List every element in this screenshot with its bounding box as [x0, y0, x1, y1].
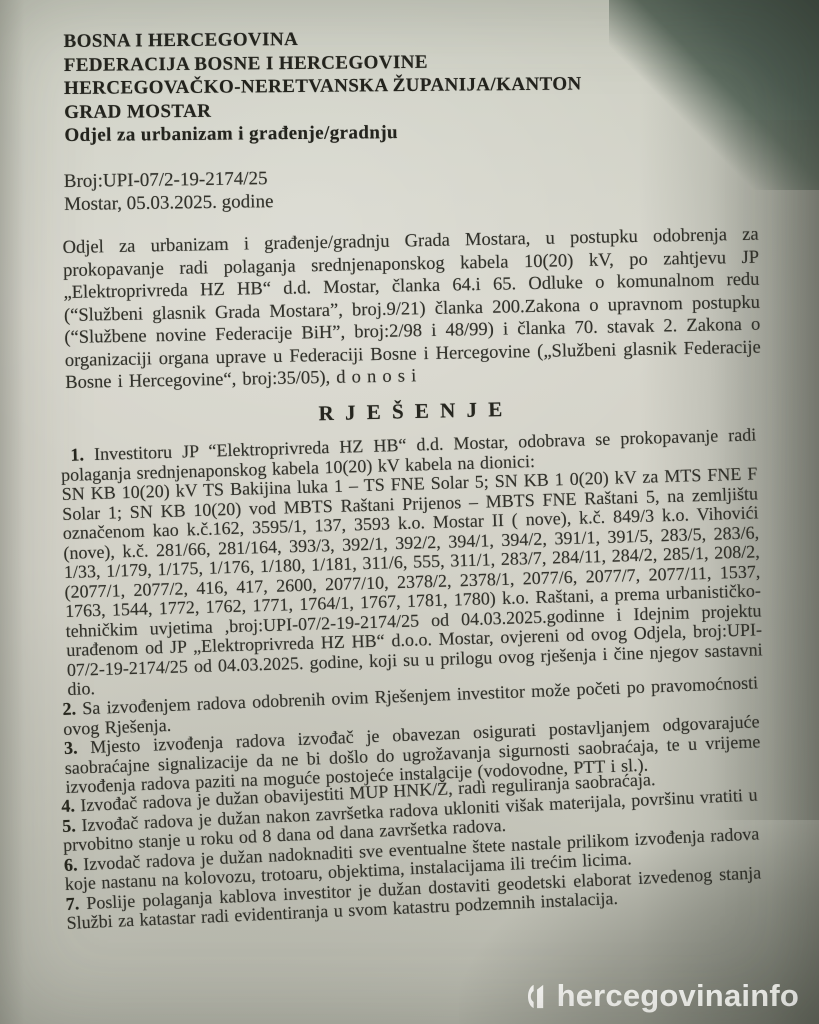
decision-item-1-continued: SN KB 10(20) kV TS Bakijina luka 1 – TS … — [61, 464, 763, 699]
item-number: 2. — [62, 698, 76, 719]
title-section: R J E Š E N J E — [64, 391, 760, 432]
letterhead-line-department: Odjel za urbanizam i građenje/gradnju — [64, 118, 760, 148]
item-number: 5. — [62, 815, 76, 836]
document-content: BOSNA I HERCEGOVINA FEDERACIJA BOSNE I H… — [64, 30, 760, 934]
item-number: 4. — [61, 795, 75, 816]
decision-title: R J E Š E N J E — [64, 391, 760, 432]
decision-items-4-7-section: 4. Izvođač radova je dužan obavijestiti … — [61, 765, 762, 933]
item-number: 1. — [70, 444, 84, 464]
item-number: 7. — [65, 893, 79, 914]
item-number: 6. — [64, 854, 78, 875]
reference-block: Broj:UPI-07/2-19-2174/25 Mostar, 05.03.2… — [64, 160, 761, 216]
intro-section: Odjel za urbanizam i građenje/gradnju Gr… — [62, 223, 761, 394]
item-number: 3. — [64, 737, 78, 758]
hercegovinainfo-logo-icon — [520, 980, 550, 1013]
document-photo: BOSNA I HERCEGOVINA FEDERACIJA BOSNE I H… — [0, 0, 819, 1024]
intro-paragraph: Odjel za urbanizam i građenje/gradnju Gr… — [62, 223, 761, 394]
watermark-text: hercegovinainfo — [557, 978, 799, 1014]
decision-item-1-section: 1. Investitoru JP “Elektroprivreda HZ HB… — [60, 425, 763, 699]
letterhead: BOSNA I HERCEGOVINA FEDERACIJA BOSNE I H… — [63, 24, 760, 148]
watermark: hercegovinainfo — [520, 978, 799, 1014]
